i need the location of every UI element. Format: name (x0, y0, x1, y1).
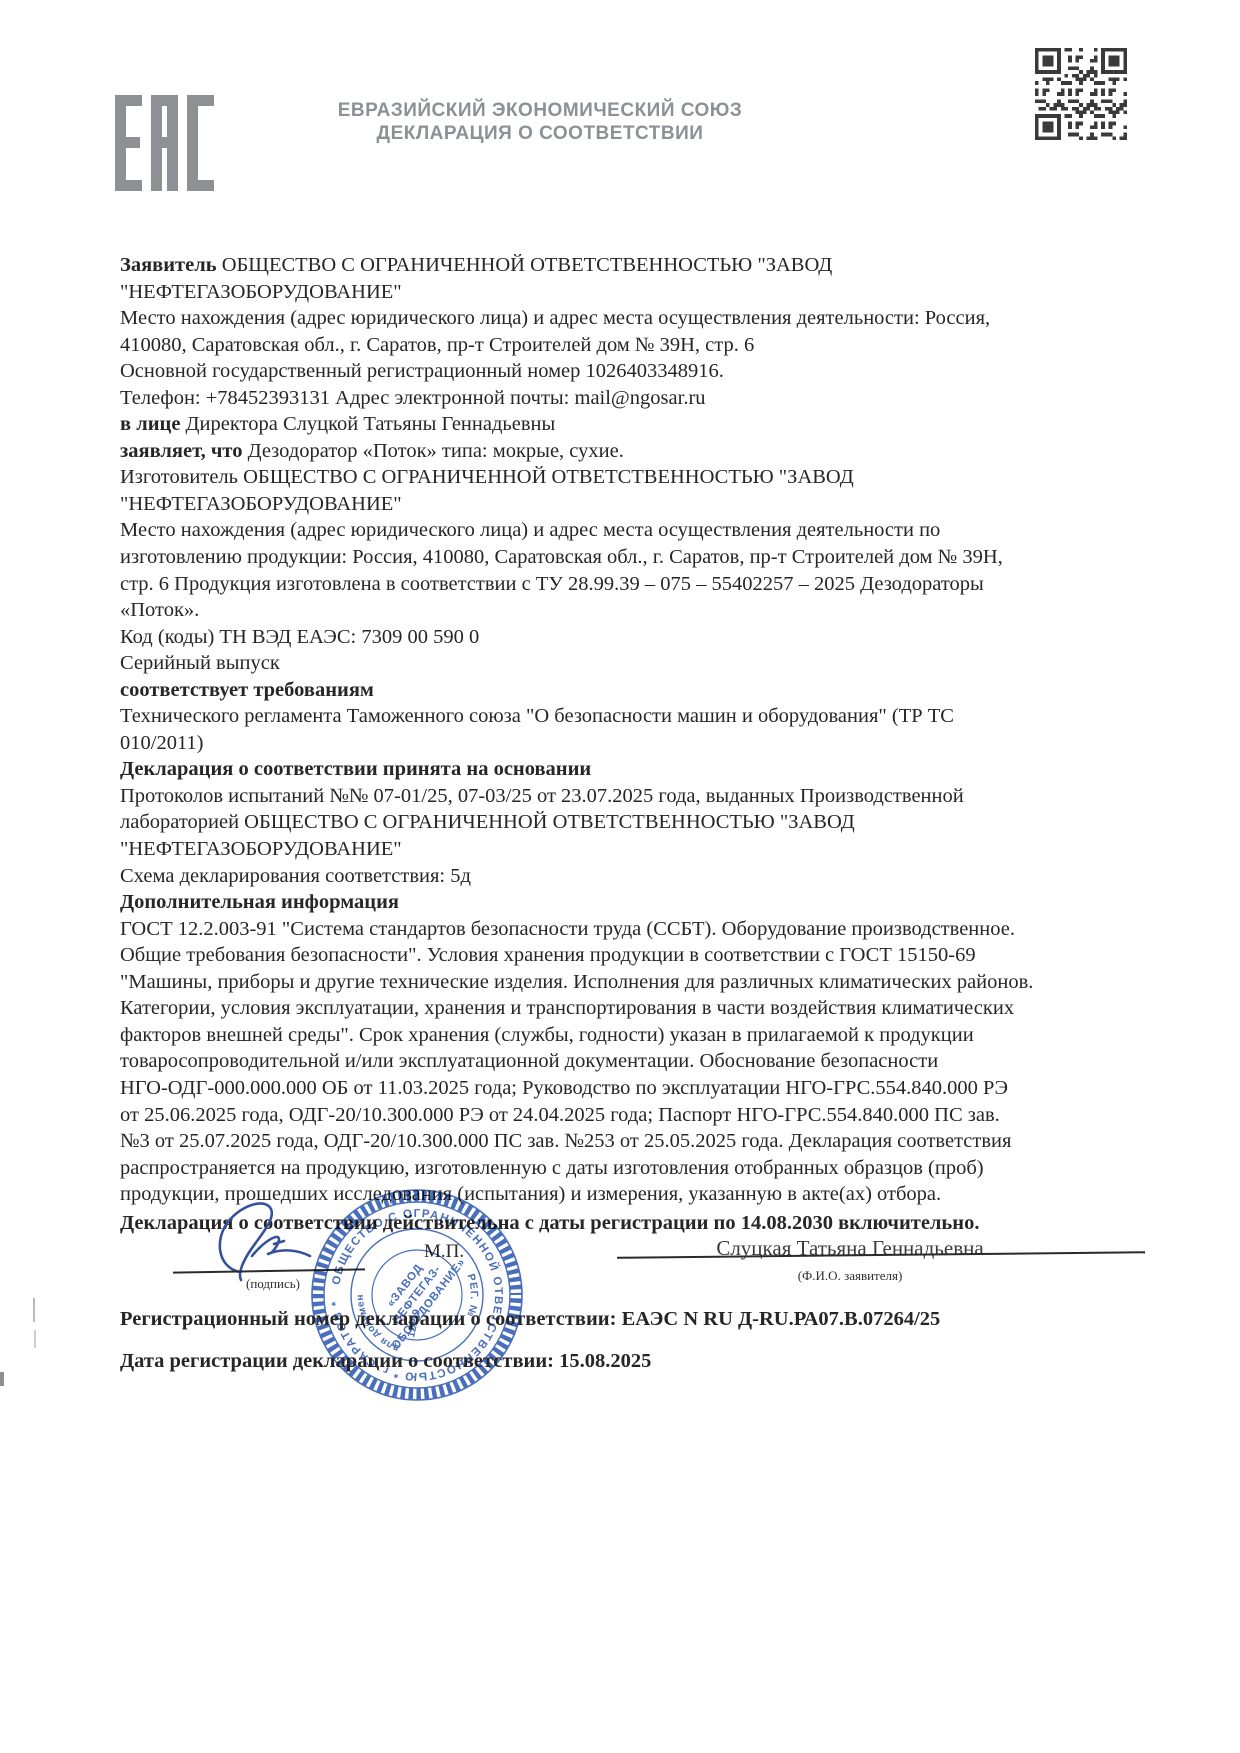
document-line: "НЕФТЕГАЗОБОРУДОВАНИЕ" (120, 279, 1150, 306)
document-line: «Поток». (120, 597, 1150, 624)
document-line: "НЕФТЕГАЗОБОРУДОВАНИЕ" (120, 836, 1150, 863)
registration-date-label: Дата регистрации декларации о соответств… (120, 1350, 554, 1372)
document-line: ГОСТ 12.2.003-91 "Система стандартов без… (120, 916, 1150, 943)
title-line-union: ЕВРАЗИЙСКИЙ ЭКОНОМИЧЕСКИЙ СОЮЗ (190, 99, 890, 122)
document-line: товаросопроводительной и/или эксплуатаци… (120, 1048, 1150, 1075)
document-line: изготовлению продукции: Россия, 410080, … (120, 544, 1150, 571)
applicant-caption: (Ф.И.О. заявителя) (690, 1268, 1010, 1284)
document-line: Декларация о соответствии принята на осн… (120, 756, 1150, 783)
document-line: Телефон: +78452393131 Адрес электронной … (120, 385, 1150, 412)
document-line: Изготовитель ОБЩЕСТВО С ОГРАНИЧЕННОЙ ОТВ… (120, 464, 1150, 491)
scan-artifact (33, 1298, 35, 1322)
document-line: лабораторией ОБЩЕСТВО С ОГРАНИЧЕННОЙ ОТВ… (120, 809, 1150, 836)
registration-date-value: 15.08.2025 (559, 1350, 651, 1372)
registration-date-line: Дата регистрации декларации о соответств… (120, 1350, 651, 1373)
company-round-stamp: ОБЩЕСТВО С ОГРАНИЧЕННОЙ ОТВЕТСТВЕННОСТЬЮ… (302, 1180, 532, 1410)
document-line: соответствует требованиям (120, 677, 1150, 704)
document-line: факторов внешней среды". Срок хранения (… (120, 1022, 1150, 1049)
document-line: Место нахождения (адрес юридического лиц… (120, 517, 1150, 544)
document-line: Протоколов испытаний №№ 07-01/25, 07-03/… (120, 783, 1150, 810)
document-line: Дополнительная информация (120, 889, 1150, 916)
title-line-declaration: ДЕКЛАРАЦИЯ О СООТВЕТСТВИИ (190, 122, 890, 145)
document-line: "Машины, приборы и другие технические из… (120, 969, 1150, 996)
document-line: Общие требования безопасности". Условия … (120, 942, 1150, 969)
document-title: ЕВРАЗИЙСКИЙ ЭКОНОМИЧЕСКИЙ СОЮЗ ДЕКЛАРАЦИ… (190, 99, 890, 145)
document-line: Заявитель ОБЩЕСТВО С ОГРАНИЧЕННОЙ ОТВЕТС… (120, 252, 1150, 279)
document-line: Код (коды) ТН ВЭД ЕАЭС: 7309 00 590 0 (120, 624, 1150, 651)
document-body: Заявитель ОБЩЕСТВО С ОГРАНИЧЕННОЙ ОТВЕТС… (120, 252, 1150, 1208)
qr-code (1035, 48, 1127, 140)
document-line: стр. 6 Продукция изготовлена в соответст… (120, 571, 1150, 598)
registration-number-value: ЕАЭС N RU Д-RU.РА07.В.07264/25 (622, 1308, 941, 1330)
document-line: Категории, условия эксплуатации, хранени… (120, 995, 1150, 1022)
document-line: Серийный выпуск (120, 650, 1150, 677)
declaration-document: ЕВРАЗИЙСКИЙ ЭКОНОМИЧЕСКИЙ СОЮЗ ДЕКЛАРАЦИ… (0, 0, 1240, 1753)
scan-artifact (34, 1330, 36, 1348)
registration-number-label: Регистрационный номер декларации о соотв… (120, 1308, 616, 1330)
document-line: Технического регламента Таможенного союз… (120, 703, 1150, 730)
scan-artifact (0, 1372, 4, 1386)
document-line: от 25.06.2025 года, ОДГ-20/10.300.000 РЭ… (120, 1102, 1150, 1129)
document-line: Схема декларирования соответствия: 5д (120, 863, 1150, 890)
registration-number-line: Регистрационный номер декларации о соотв… (120, 1308, 940, 1331)
document-line: "НЕФТЕГАЗОБОРУДОВАНИЕ" (120, 491, 1150, 518)
document-line: НГО-ОДГ-000.000.000 ОБ от 11.03.2025 год… (120, 1075, 1150, 1102)
document-line: заявляет, что Дезодоратор «Поток» типа: … (120, 438, 1150, 465)
document-line: распространяется на продукцию, изготовле… (120, 1155, 1150, 1182)
document-line: №3 от 25.07.2025 года, ОДГ-20/10.300.000… (120, 1128, 1150, 1155)
document-line: в лице Директора Слуцкой Татьяны Геннадь… (120, 411, 1150, 438)
document-line: 410080, Саратовская обл., г. Саратов, пр… (120, 332, 1150, 359)
document-line: Место нахождения (адрес юридического лиц… (120, 305, 1150, 332)
document-line: Основной государственный регистрационный… (120, 358, 1150, 385)
document-line: 010/2011) (120, 730, 1150, 757)
